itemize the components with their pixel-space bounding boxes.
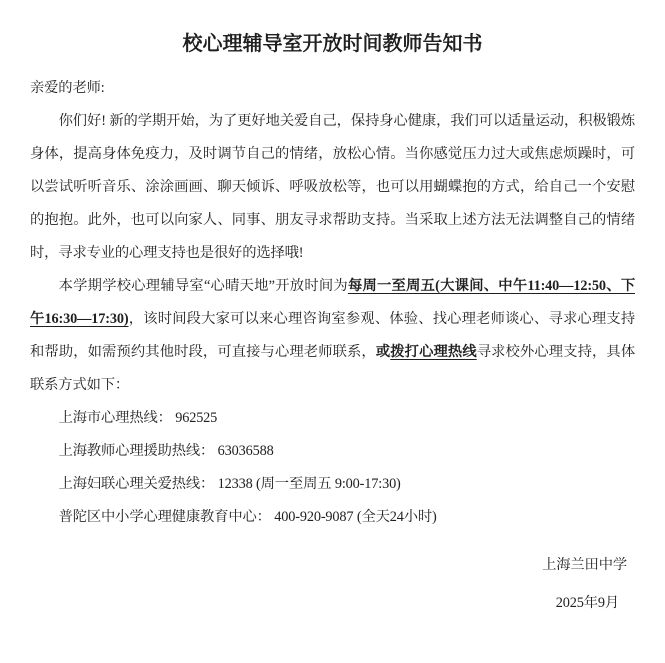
salutation: 亲爱的老师: (30, 72, 635, 105)
hotline-item-shanghai-city: 上海市心理热线： 962525 (30, 402, 635, 435)
paragraph-opening-hours: 本学期学校心理辅导室“心晴天地”开放时间为每周一至周五(大课间、中午11:40—… (30, 270, 635, 402)
hotline-item-womens-federation: 上海妇联心理关爱热线： 12338 (周一至周五 9:00-17:30) (30, 468, 635, 501)
document-title: 校心理辅导室开放时间教师告知书 (30, 30, 635, 58)
signature-school: 上海兰田中学 (30, 546, 635, 584)
document-body: 亲爱的老师: 你们好! 新的学期开始，为了更好地关爱自己，保持身心健康，我们可以… (30, 72, 635, 622)
hotline-item-teacher-aid: 上海教师心理援助热线： 63036588 (30, 435, 635, 468)
or-emphasis: 或 (376, 344, 390, 360)
signature-block: 上海兰田中学 2025年9月 (30, 546, 635, 622)
paragraph-2-intro: 本学期学校心理辅导室“心晴天地”开放时间为 (59, 278, 348, 294)
call-hotline-highlight: 拨打心理热线 (390, 344, 476, 360)
hotline-item-putuo-center: 普陀区中小学心理健康教育中心： 400-920-9087 (全天24小时) (30, 501, 635, 534)
signature-date: 2025年9月 (30, 584, 635, 622)
paragraph-wellbeing-tips: 你们好! 新的学期开始，为了更好地关爱自己，保持身心健康，我们可以适量运动，积极… (30, 105, 635, 270)
notice-document: 校心理辅导室开放时间教师告知书 亲爱的老师: 你们好! 新的学期开始，为了更好地… (0, 0, 665, 663)
